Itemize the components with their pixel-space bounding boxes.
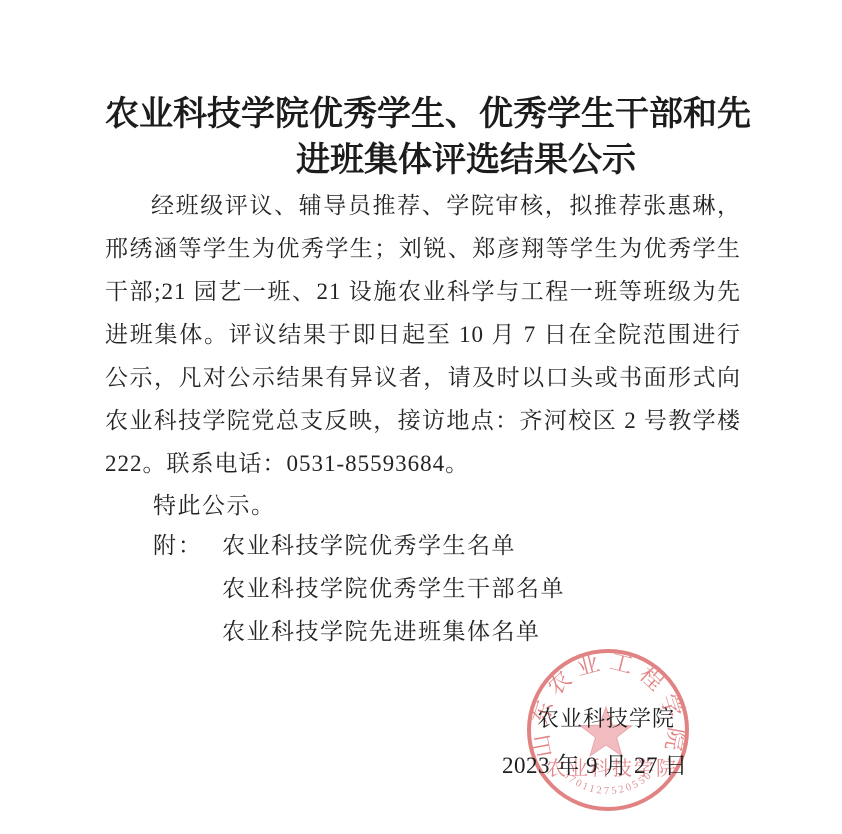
body-line-6: 农业科技学院党总支反映，接访地点：齐河校区 2 号教学楼 xyxy=(105,402,741,435)
body-line-1: 经班级评议、辅导员推荐、学院审核，拟推荐张惠琳， xyxy=(105,187,741,220)
signature-line: 农业科技学院 xyxy=(537,702,675,733)
date-line: 2023 年 9 月 27 日 xyxy=(502,747,688,780)
notice-title-line-2: 进班集体评选结果公示 xyxy=(45,132,842,181)
announcement-document: 农业科技学院优秀学生、优秀学生干部和先 进班集体评选结果公示 经班级评议、辅导员… xyxy=(0,0,842,834)
closing-line: 特此公示。 xyxy=(153,487,276,520)
body-line-5: 公示，凡对公示结果有异议者，请及时以口头或书面形式向 xyxy=(105,359,741,392)
body-line-3: 干部;21 园艺一班、21 设施农业科学与工程一班等班级为先 xyxy=(105,273,741,306)
body-line-7: 222。联系电话：0531-85593684。 xyxy=(105,445,741,478)
body-line-4: 进班集体。评议结果于即日起至 10 月 7 日在全院范围进行 xyxy=(105,316,741,349)
attachment-label: 附： xyxy=(153,527,203,560)
attachment-item-3: 农业科技学院先进班集体名单 xyxy=(222,613,541,646)
notice-title-line-1: 农业科技学院优秀学生、优秀学生干部和先 xyxy=(7,86,842,135)
attachment-item-2: 农业科技学院优秀学生干部名单 xyxy=(222,570,565,603)
attachment-item-1: 农业科技学院优秀学生名单 xyxy=(222,527,516,560)
body-line-2: 邢绣涵等学生为优秀学生；刘锐、郑彦翔等学生为优秀学生 xyxy=(105,230,741,263)
